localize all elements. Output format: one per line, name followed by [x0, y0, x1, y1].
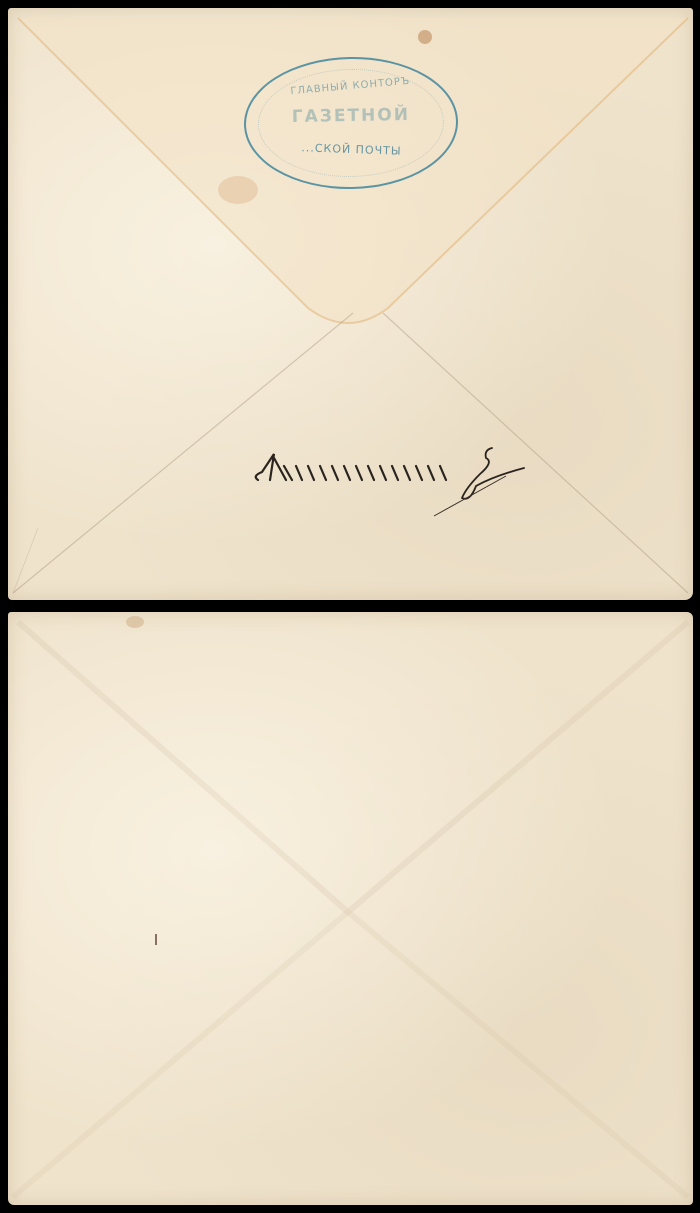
- foxing-stain: [218, 176, 258, 204]
- envelope-front: [8, 612, 693, 1205]
- handwritten-signature: [244, 436, 544, 526]
- ink-mark: [155, 934, 157, 945]
- envelope-fold-shadows: [8, 612, 693, 1205]
- signature-flourish: [244, 436, 544, 526]
- foxing-stain: [126, 616, 144, 628]
- foxing-stain: [418, 30, 432, 44]
- pencil-notation: [20, 238, 34, 328]
- stamp-line-middle: ГАЗЕТНОЙ: [246, 104, 456, 128]
- envelope-back: ГЛАВНЫЙ КОНТОРЪ ГАЗЕТНОЙ ...СКОЙ ПОЧТЫ: [8, 8, 693, 600]
